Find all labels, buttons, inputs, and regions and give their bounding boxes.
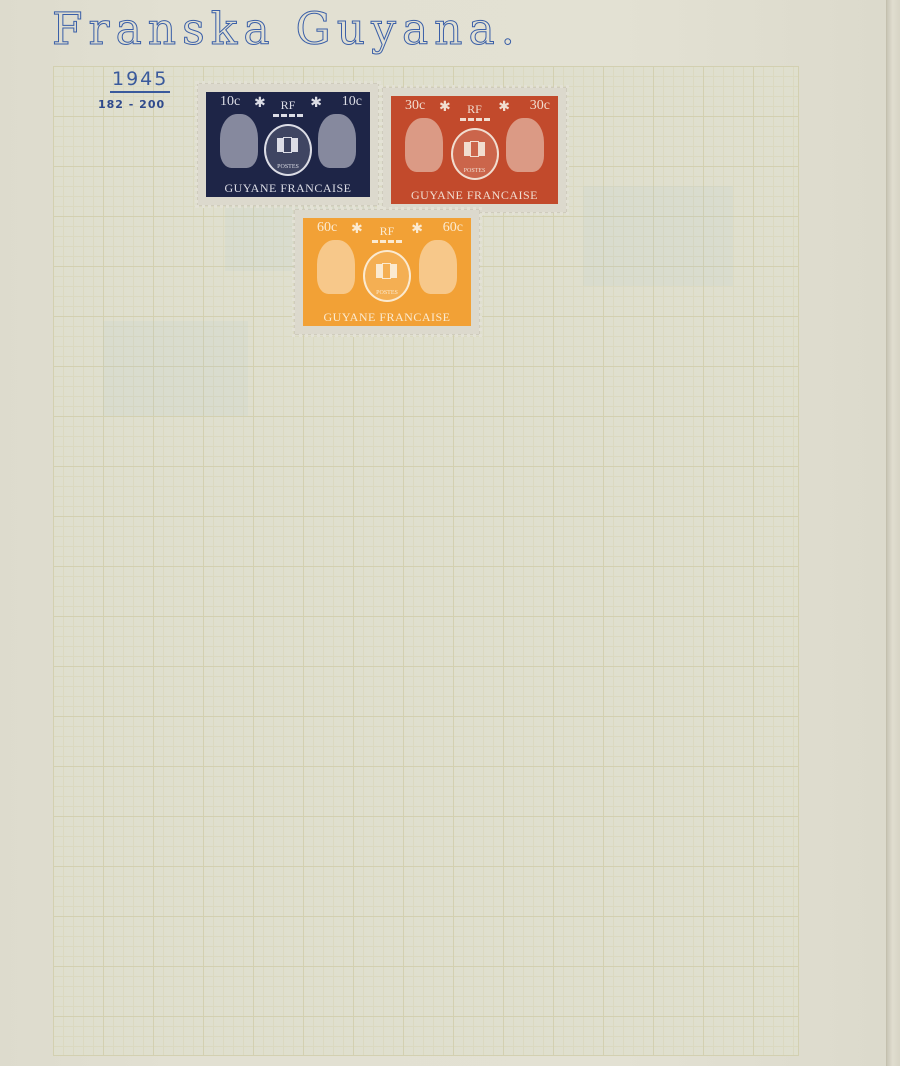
stamp-value: 30c xyxy=(530,98,550,114)
medallion: POSTES xyxy=(264,124,312,176)
crest-text: RF xyxy=(281,98,296,113)
flag-icon xyxy=(277,138,299,152)
stamp-value: 10c xyxy=(220,94,240,110)
crest-text: RF xyxy=(467,102,482,117)
issue-year: 1945 xyxy=(110,68,170,93)
postes-label: POSTES xyxy=(365,290,409,296)
postes-label: POSTES xyxy=(453,168,497,174)
palm-icon: ✱ xyxy=(411,221,423,238)
palm-icon: ✱ xyxy=(254,95,266,112)
palm-icon: ✱ xyxy=(351,221,363,238)
stamp-value: 30c xyxy=(405,98,425,114)
elephant-icon xyxy=(405,118,443,172)
stamp-value: 60c xyxy=(443,220,463,236)
elephant-icon xyxy=(317,240,355,294)
flag-icon xyxy=(464,142,486,156)
catalog-numbers: 182 - 200 xyxy=(98,98,165,111)
elephant-icon xyxy=(220,114,258,168)
elephant-icon xyxy=(506,118,544,172)
stamp-design: ✱ ✱ 10c 10c RF POSTES GUYANE FRANCAISE xyxy=(206,92,370,197)
country-label: GUYANE FRANCAISE xyxy=(391,188,558,203)
medallion: POSTES xyxy=(451,128,499,180)
ghost-mark xyxy=(103,321,248,416)
crest-text: RF xyxy=(380,224,395,239)
palm-icon: ✱ xyxy=(439,99,451,116)
page-title: Franska Guyana. xyxy=(52,4,521,55)
palm-icon: ✱ xyxy=(498,99,510,116)
page-edge xyxy=(886,0,900,1066)
stamp-30c[interactable]: ✱ ✱ 30c 30c RF POSTES GUYANE FRANCAISE xyxy=(383,88,566,212)
stamp-10c[interactable]: ✱ ✱ 10c 10c RF POSTES GUYANE FRANCAISE xyxy=(198,84,378,205)
stamp-60c[interactable]: ✱ ✱ 60c 60c RF POSTES GUYANE FRANCAISE xyxy=(295,210,479,334)
ghost-mark xyxy=(583,186,733,286)
palm-icon: ✱ xyxy=(310,95,322,112)
country-label: GUYANE FRANCAISE xyxy=(206,181,370,196)
flag-icon xyxy=(376,264,398,278)
stamp-value: 10c xyxy=(342,94,362,110)
elephant-icon xyxy=(318,114,356,168)
stamp-design: ✱ ✱ 60c 60c RF POSTES GUYANE FRANCAISE xyxy=(303,218,471,326)
stamp-design: ✱ ✱ 30c 30c RF POSTES GUYANE FRANCAISE xyxy=(391,96,558,204)
country-label: GUYANE FRANCAISE xyxy=(303,310,471,325)
medallion: POSTES xyxy=(363,250,411,302)
stamp-value: 60c xyxy=(317,220,337,236)
album-page: Franska Guyana. 1945 182 - 200 ✱ ✱ 10c 1… xyxy=(0,0,886,1066)
elephant-icon xyxy=(419,240,457,294)
postes-label: POSTES xyxy=(266,164,310,170)
